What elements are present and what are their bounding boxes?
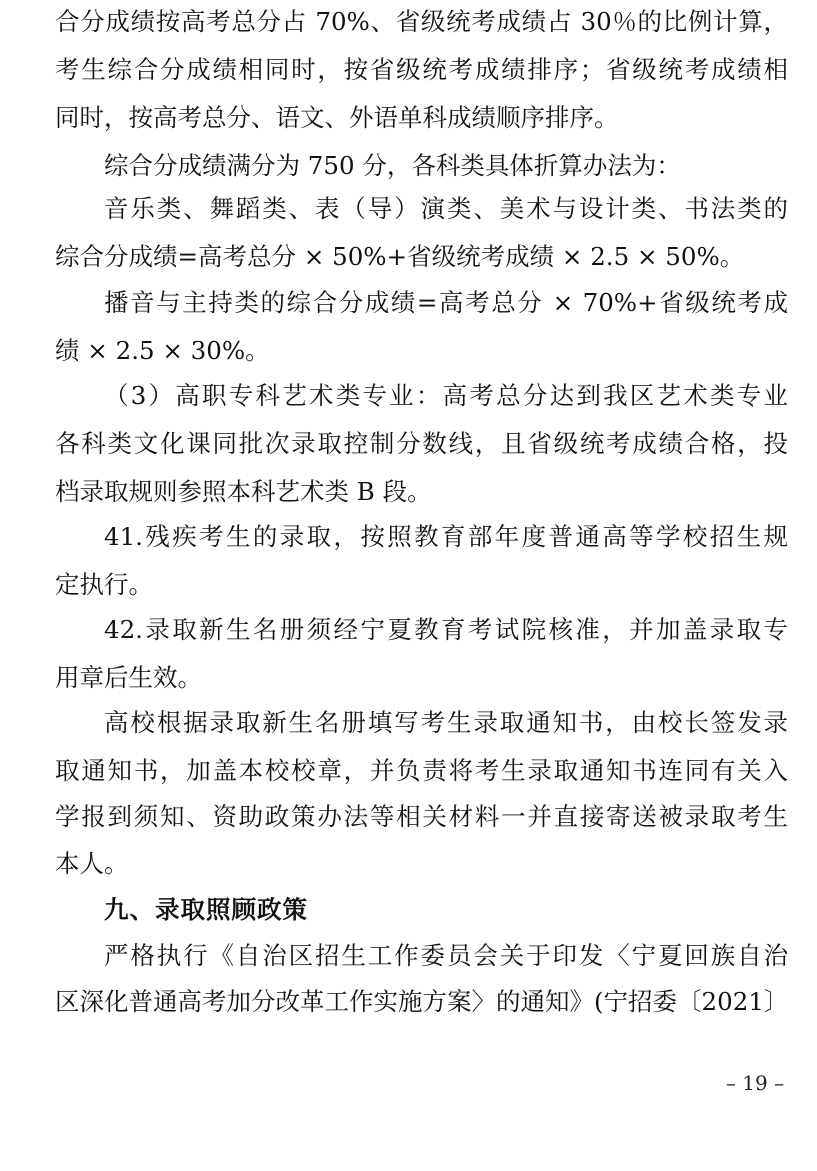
text-line-11: 档录取规则参照本科艺术类 B 段。 <box>55 475 788 509</box>
text-line-7: 播音与主持类的综合分成绩=高考总分 × 70%+省级统考成 <box>104 286 788 320</box>
text-line-12: 41.残疾考生的录取，按照教育部年度普通高等学校招生规 <box>104 520 788 554</box>
text-line-3: 同时，按高考总分、语文、外语单科成绩顺序排序。 <box>55 101 788 135</box>
section-heading: 九、录取照顾政策 <box>104 893 788 927</box>
text-line-6: 综合分成绩=高考总分 × 50%+省级统考成绩 × 2.5 × 50%。 <box>55 240 788 274</box>
document-page: 合分成绩按高考总分占 70%、省级统考成绩占 30％的比例计算， 考生综合分成绩… <box>0 0 817 1171</box>
page-number: – 19 – <box>720 1068 790 1098</box>
text-line-17: 取通知书，加盖本校校章，并负责将考生录取通知书连同有关入 <box>55 754 788 788</box>
text-line-22: 区深化普通高考加分改革工作实施方案〉的通知》(宁招委〔2021〕 <box>55 985 788 1019</box>
text-line-2: 考生综合分成绩相同时，按省级统考成绩排序；省级统考成绩相 <box>55 53 788 87</box>
text-line-21: 严格执行《自治区招生工作委员会关于印发〈宁夏回族自治 <box>104 939 788 973</box>
text-line-10: 各科类文化课同批次录取控制分数线，且省级统考成绩合格，投 <box>55 427 788 461</box>
text-line-14: 42.录取新生名册须经宁夏教育考试院核准，并加盖录取专 <box>104 613 788 647</box>
text-line-5: 音乐类、舞蹈类、表（导）演类、美术与设计类、书法类的 <box>104 192 788 226</box>
text-line-16: 高校根据录取新生名册填写考生录取通知书，由校长签发录 <box>104 706 788 740</box>
text-line-15: 用章后生效。 <box>55 661 788 695</box>
text-line-9: （3）高职专科艺术类专业：高考总分达到我区艺术类专业 <box>104 379 788 413</box>
text-line-1: 合分成绩按高考总分占 70%、省级统考成绩占 30％的比例计算， <box>55 5 788 39</box>
text-line-19: 本人。 <box>55 847 788 881</box>
text-line-8: 绩 × 2.5 × 30%。 <box>55 334 788 368</box>
text-line-18: 学报到须知、资助政策办法等相关材料一并直接寄送被录取考生 <box>55 800 788 834</box>
text-line-13: 定执行。 <box>55 568 788 602</box>
text-line-4: 综合分成绩满分为 750 分，各科类具体折算办法为： <box>104 149 788 183</box>
